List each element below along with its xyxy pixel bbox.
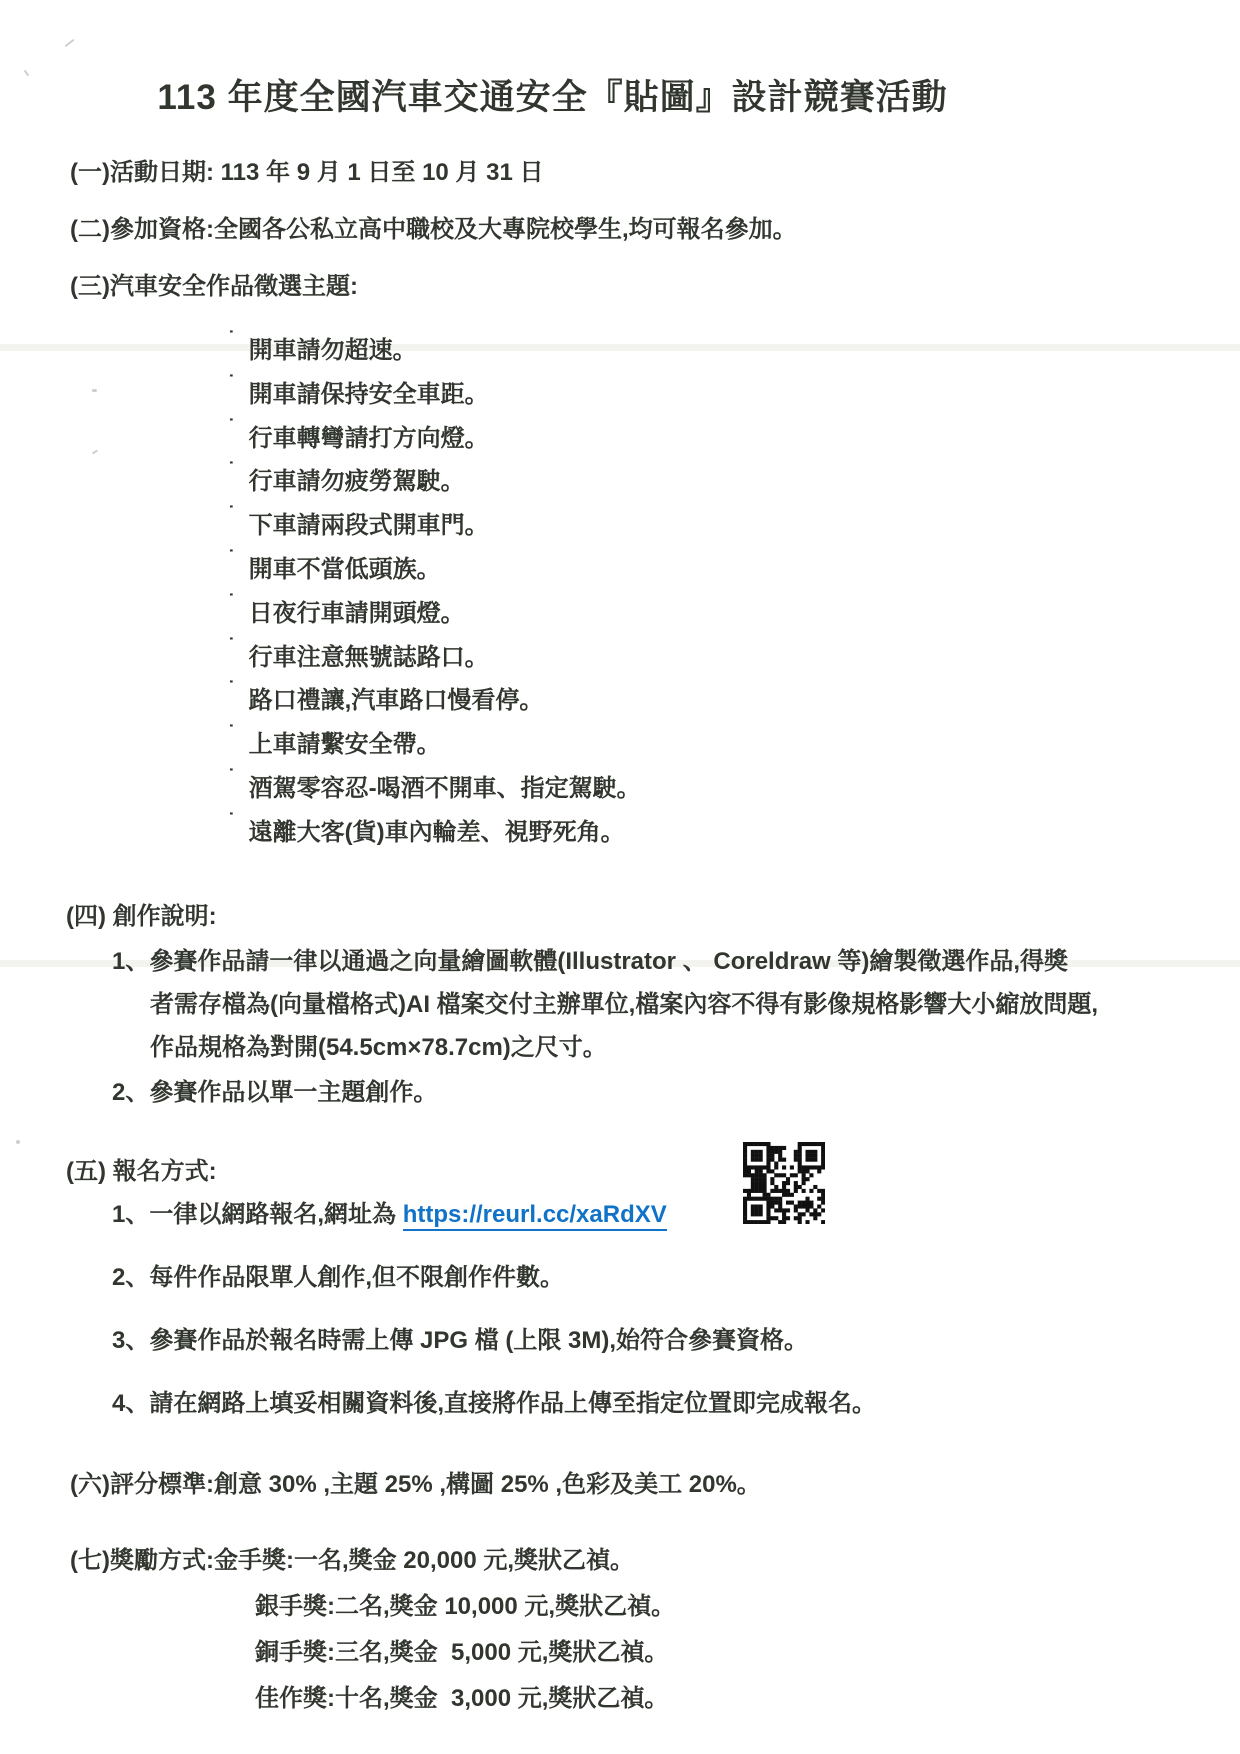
creation-item1-line3: 作品規格為對開(54.5cm×78.7cm)之尺寸。	[150, 1033, 607, 1063]
bullet-icon: ˙	[228, 503, 235, 526]
bullet-icon: ˙	[228, 372, 235, 395]
creation-item1-line1: 1、參賽作品請一律以通過之向量繪圖軟體(Illustrator 、 Coreld…	[112, 947, 1068, 977]
creation-item2: 2、參賽作品以單一主題創作。	[112, 1078, 437, 1108]
topic-text: 日夜行車請開頭燈。	[249, 593, 465, 628]
topic-text: 行車注意無號誌路口。	[249, 637, 489, 672]
bullet-icon: ˙	[228, 722, 235, 745]
topic-item: ˙開車請保持安全車距。	[228, 374, 641, 418]
topic-text: 開車請勿超速。	[249, 330, 417, 365]
registration-url-link[interactable]: https://reurl.cc/xaRdXV	[403, 1201, 667, 1231]
topic-text: 酒駕零容忍-喝酒不開車、指定駕駛。	[249, 768, 641, 803]
bullet-icon: ˙	[228, 810, 235, 833]
scan-speck	[65, 39, 75, 47]
creation-item1-line2: 者需存檔為(向量檔格式)AI 檔案交付主辦單位,檔案內容不得有影像規格影響大小縮…	[150, 990, 1098, 1020]
topic-item: ˙行車注意無號誌路口。	[228, 637, 641, 681]
topic-text: 上車請繫安全帶。	[249, 724, 441, 759]
topic-item: ˙開車不當低頭族。	[228, 549, 641, 593]
page-title: 113 年度全國汽車交通安全『貼圖』設計競賽活動	[0, 76, 1105, 120]
topic-item: ˙行車請勿疲勞駕駛。	[228, 461, 641, 505]
bullet-icon: ˙	[228, 328, 235, 351]
section-awards-line2: 銀手獎:二名,獎金 10,000 元,獎狀乙禎。	[255, 1592, 675, 1622]
scan-speck	[92, 450, 98, 455]
topic-text: 開車不當低頭族。	[249, 549, 441, 584]
bullet-icon: ˙	[228, 416, 235, 439]
section-awards-line3: 銅手獎:三名,獎金 5,000 元,獎狀乙禎。	[255, 1638, 668, 1668]
topic-text: 開車請保持安全車距。	[249, 374, 489, 409]
topic-text: 行車請勿疲勞駕駛。	[249, 461, 465, 496]
document-page: 113 年度全國汽車交通安全『貼圖』設計競賽活動 (一)活動日期: 113 年 …	[0, 0, 1240, 1754]
bullet-icon: ˙	[228, 591, 235, 614]
section-topics-heading: (三)汽車安全作品徵選主題:	[70, 272, 358, 302]
registration-item1-text: 1、一律以網路報名,網址為	[112, 1201, 403, 1228]
topic-text: 下車請兩段式開車門。	[249, 505, 489, 540]
scan-speck	[16, 1140, 20, 1144]
registration-item1: 1、一律以網路報名,網址為 https://reurl.cc/xaRdXV	[112, 1200, 667, 1230]
section-eligibility: (二)參加資格:全國各公私立高中職校及大專院校學生,均可報名參加。	[70, 215, 797, 245]
bullet-icon: ˙	[228, 547, 235, 570]
topic-item: ˙行車轉彎請打方向燈。	[228, 418, 641, 462]
section-scoring: (六)評分標準:創意 30% ,主題 25% ,構圖 25% ,色彩及美工 20…	[70, 1470, 761, 1500]
section-awards-line4: 佳作獎:十名,獎金 3,000 元,獎狀乙禎。	[255, 1684, 668, 1714]
topic-text: 行車轉彎請打方向燈。	[249, 418, 489, 453]
topic-item: ˙日夜行車請開頭燈。	[228, 593, 641, 637]
topic-item: ˙開車請勿超速。	[228, 330, 641, 374]
topic-item: ˙下車請兩段式開車門。	[228, 505, 641, 549]
topic-item: ˙遠離大客(貨)車內輪差、視野死角。	[228, 812, 641, 856]
section-registration-heading: (五) 報名方式:	[66, 1157, 217, 1187]
topic-item: ˙酒駕零容忍-喝酒不開車、指定駕駛。	[228, 768, 641, 812]
section-date: (一)活動日期: 113 年 9 月 1 日至 10 月 31 日	[70, 158, 543, 188]
topic-text: 路口禮讓,汽車路口慢看停。	[249, 680, 544, 715]
topic-text: 遠離大客(貨)車內輪差、視野死角。	[249, 812, 625, 847]
topic-item: ˙路口禮讓,汽車路口慢看停。	[228, 680, 641, 724]
scan-speck	[92, 389, 97, 392]
registration-item4: 4、請在網路上填妥相關資料後,直接將作品上傳至指定位置即完成報名。	[112, 1389, 876, 1419]
section-creation-heading: (四) 創作說明:	[66, 902, 217, 932]
registration-item2: 2、每件作品限單人創作,但不限創作件數。	[112, 1263, 564, 1293]
section-awards-line1: (七)獎勵方式:金手獎:一名,獎金 20,000 元,獎狀乙禎。	[70, 1546, 634, 1576]
bullet-icon: ˙	[228, 678, 235, 701]
qr-code	[743, 1142, 825, 1224]
topic-item: ˙上車請繫安全帶。	[228, 724, 641, 768]
bullet-icon: ˙	[228, 459, 235, 482]
bullet-icon: ˙	[228, 635, 235, 658]
registration-item3: 3、參賽作品於報名時需上傳 JPG 檔 (上限 3M),始符合參賽資格。	[112, 1326, 808, 1356]
topics-list: ˙開車請勿超速。 ˙開車請保持安全車距。 ˙行車轉彎請打方向燈。 ˙行車請勿疲勞…	[228, 330, 641, 856]
bullet-icon: ˙	[228, 766, 235, 789]
